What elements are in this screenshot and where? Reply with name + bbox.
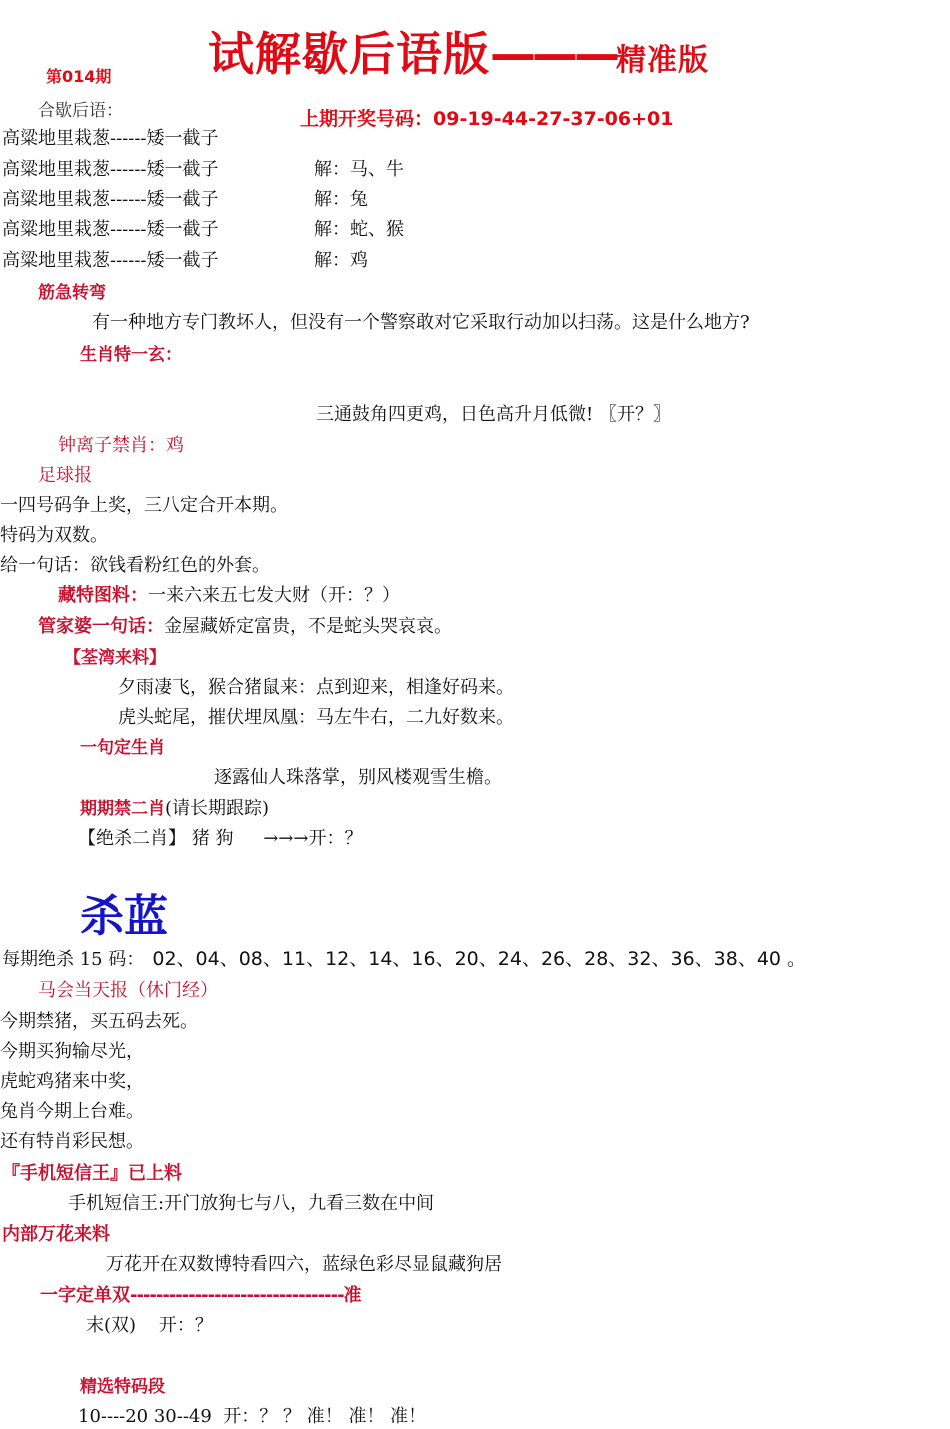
quanwan-line: 夕雨凄飞，猴合猪鼠来：点到迎来，相逢好码来。 — [118, 673, 514, 699]
odd-even-suffix: 准 — [344, 1285, 362, 1306]
kill-numbers: 02、04、08、11、12、14、16、20、24、26、28、32、36、3… — [152, 948, 806, 970]
xiehouyu-answer: 解：鸡 — [314, 246, 368, 272]
xiehouyu-phrase: 高粱地里栽葱------矮一截子 — [2, 128, 219, 149]
football-line: 特码为双数。 — [0, 521, 108, 547]
odd-even-heading-row: 一字定单双---------------------------------准 — [40, 1281, 362, 1307]
wanhua-text: 万花开在双数博特看四六，蓝绿色彩尽显鼠藏狗居 — [106, 1250, 502, 1276]
housekeeper-text: 金屋藏娇定富贵，不是蛇头哭哀哀。 — [164, 616, 452, 637]
sms-king-text: 手机短信王:开门放狗七与八，九看三数在中间 — [68, 1189, 434, 1215]
title-sub: 精准版 — [616, 43, 709, 78]
riddle-text: 有一种地方专门教坏人，但没有一个警察敢对它采取行动加以扫荡。这是什么地方? — [92, 308, 750, 334]
mahui-line: 还有特肖彩民想。 — [0, 1127, 144, 1153]
ban-two-label: 【绝杀二肖】 — [78, 828, 186, 849]
kill-blue-title: 杀蓝 — [80, 880, 168, 944]
zodiac-special-text: 三通鼓角四更鸡，日色高升月低微! 〖开？〗 — [316, 400, 671, 426]
housekeeper-label: 管家婆一句话： — [38, 616, 164, 637]
one-sentence-text: 逐露仙人珠落掌，别风楼观雪生檐。 — [214, 763, 502, 789]
last-draw-numbers: 09-19-44-27-37-06+01 — [433, 108, 673, 130]
sms-king-heading: 『手机短信王』已上料 — [2, 1159, 182, 1185]
one-sentence-heading: 一句定生肖 — [80, 733, 165, 758]
ban-two-note: (请长期跟踪) — [165, 798, 269, 819]
xiehouyu-row: 高粱地里栽葱------矮一截子 — [2, 124, 219, 150]
ban-two: 期期禁二肖(请长期跟踪) — [80, 794, 269, 820]
odd-even-text: 末(双) 开：？ — [86, 1311, 213, 1337]
xiehouyu-phrase: 高粱地里栽葱------矮一截子 — [2, 159, 219, 180]
football-line: 一四号码争上奖，三八定合开本期。 — [0, 491, 288, 517]
xiehouyu-phrase: 高粱地里栽葱------矮一截子 — [2, 219, 219, 240]
xiehouyu-row: 高粱地里栽葱------矮一截子 解：蛇、猴 — [2, 215, 219, 241]
mahui-line: 今期禁猪，买五码去死。 — [0, 1007, 198, 1033]
riddle-heading: 筋急转弯 — [38, 278, 106, 303]
housekeeper: 管家婆一句话：金屋藏娇定富贵，不是蛇头哭哀哀。 — [38, 612, 452, 638]
xiehouyu-answer: 解：兔 — [314, 185, 368, 211]
last-draw: 上期开奖号码：09-19-44-27-37-06+01 — [300, 104, 673, 131]
ban-two-result: 【绝杀二肖】 猪 狗 →→→开：？ — [78, 824, 362, 850]
issue-number: 第014期 — [46, 64, 111, 87]
quanwan-line: 虎头蛇尾，摧伏埋凤凰：马左牛右，二九好数来。 — [118, 703, 514, 729]
hidden-chart: 藏特图料：一来六来五七发大财（开：？） — [58, 581, 400, 607]
kill-numbers-row: 每期绝杀 15 码：02、04、08、11、12、14、16、20、24、26、… — [2, 944, 806, 971]
page-title: 试解歇后语版———精准版 — [208, 18, 709, 84]
football-line: 给一句话：欲钱看粉红色的外套。 — [0, 551, 270, 577]
ban-two-animals: 猪 狗 — [192, 828, 234, 849]
zodiac-special-heading: 生肖特一玄： — [80, 340, 182, 365]
title-dash: ——— — [490, 27, 616, 81]
mahui-heading: 马会当天报（休门经） — [38, 976, 218, 1002]
xiehouyu-answer: 解：马、牛 — [314, 155, 404, 181]
mahui-line: 虎蛇鸡猪来中奖， — [0, 1067, 144, 1093]
odd-even-dashes: --------------------------------- — [130, 1285, 344, 1306]
odd-even-heading: 一字定单双 — [40, 1285, 130, 1306]
hidden-chart-label: 藏特图料： — [58, 585, 148, 606]
mahui-line: 今期买狗输尽光， — [0, 1037, 144, 1063]
title-main: 试解歇后语版 — [208, 27, 490, 81]
ban-two-outcome: →→→开：？ — [263, 828, 362, 849]
xiehouyu-row: 高粱地里栽葱------矮一截子 解：马、牛 — [2, 155, 219, 181]
xiehouyu-answer: 解：蛇、猴 — [314, 215, 404, 241]
xiehouyu-row: 高粱地里栽葱------矮一截子 解：兔 — [2, 185, 219, 211]
zhongli-ban: 钟离子禁肖：鸡 — [58, 431, 184, 457]
kill-numbers-label: 每期绝杀 15 码： — [2, 949, 144, 970]
special-range-text: 10----20 30--49 开：？ ？ 准！ 准！ 准！ — [78, 1402, 426, 1428]
quanwan-heading: 【荃湾来料】 — [64, 643, 166, 668]
xiehouyu-row: 高粱地里栽葱------矮一截子 解：鸡 — [2, 246, 219, 272]
mahui-line: 兔肖今期上台难。 — [0, 1097, 144, 1123]
special-range-heading: 精选特码段 — [80, 1372, 165, 1397]
wanhua-heading: 内部万花来料 — [2, 1220, 110, 1246]
football-heading: 足球报 — [38, 461, 92, 487]
xiehouyu-phrase: 高粱地里栽葱------矮一截子 — [2, 250, 219, 271]
xiehouyu-phrase: 高粱地里栽葱------矮一截子 — [2, 189, 219, 210]
xiehouyu-heading: 合歇后语： — [38, 96, 123, 121]
ban-two-heading: 期期禁二肖 — [80, 799, 165, 819]
last-draw-label: 上期开奖号码： — [300, 108, 433, 130]
hidden-chart-text: 一来六来五七发大财（开：？） — [148, 585, 400, 606]
